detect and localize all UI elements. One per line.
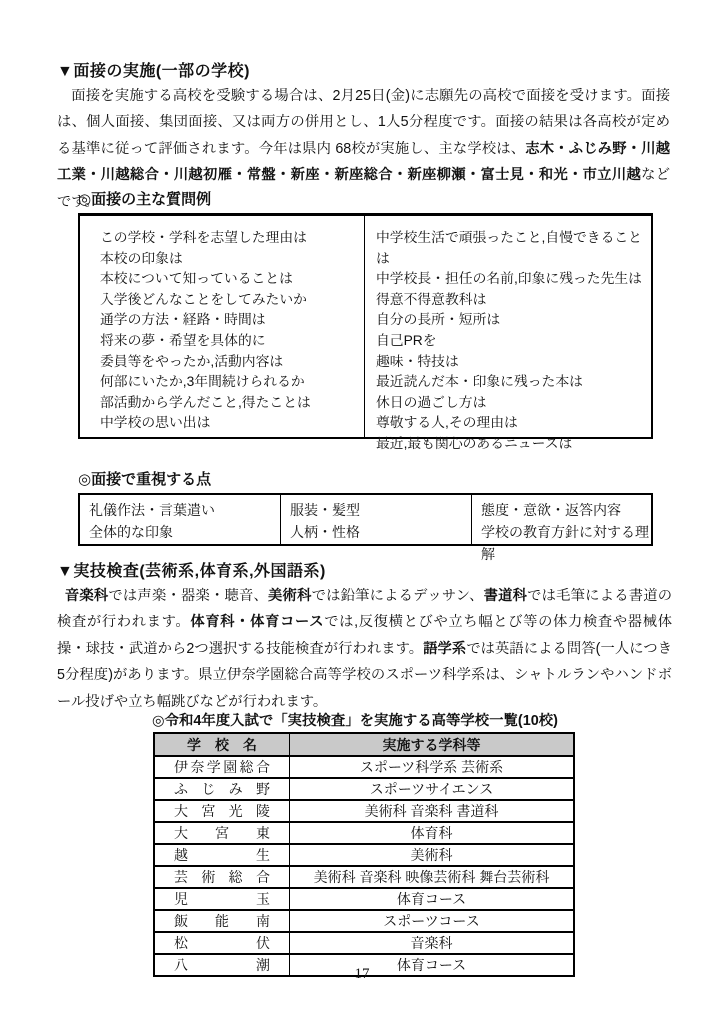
school-name: 伊奈学園総合 — [174, 757, 270, 777]
school-name: ふじみ野 — [174, 779, 270, 799]
departments-cell: 美術科 — [290, 844, 575, 866]
school-name-cell: 伊奈学園総合 — [154, 756, 290, 778]
school-table-body: 伊奈学園総合スポーツ科学系 芸術系ふじみ野スポーツサイエンス大宮光陵美術科 音楽… — [154, 756, 574, 976]
school-row: 松伏音楽科 — [154, 932, 574, 954]
points-column-1: 礼儀作法・言葉遣い 全体的な印象 — [80, 495, 280, 544]
question-item: この学校・学科を志望した理由は — [100, 228, 364, 249]
bold-text-run: 音楽科 — [65, 588, 109, 604]
departments-cell: 体育科 — [290, 822, 575, 844]
practical-intro-paragraph: 音楽科では声楽・器楽・聴音、美術科では鉛筆によるデッサン、書道科では毛筆による書… — [57, 583, 672, 715]
school-name: 大宮光陵 — [174, 801, 270, 821]
question-item: 自分の長所・短所は — [376, 310, 651, 331]
school-name-cell: 大宮光陵 — [154, 800, 290, 822]
school-name: 芸術総合 — [174, 867, 270, 887]
school-name-cell: 飯能南 — [154, 910, 290, 932]
interview-questions-heading: ◎面接の主な質問例 — [78, 192, 653, 215]
question-item: 入学後どんなことをしてみたいか — [100, 290, 364, 311]
text-run: では声楽・器楽・聴音、 — [108, 588, 268, 604]
school-name-cell: 児玉 — [154, 888, 290, 910]
school-row: 児玉体育コース — [154, 888, 574, 910]
school-row: 越生美術科 — [154, 844, 574, 866]
points-item: 服装・髪型 — [290, 499, 471, 521]
school-name-cell: 越生 — [154, 844, 290, 866]
school-name-cell: 芸術総合 — [154, 866, 290, 888]
question-item: 自己PRを — [376, 331, 651, 352]
school-row: 芸術総合美術科 音楽科 映像芸術科 舞台芸術科 — [154, 866, 574, 888]
question-item: 通学の方法・経路・時間は — [100, 310, 364, 331]
interview-section-title: ▼面接の実施(一部の学校) — [57, 58, 250, 81]
points-item: 態度・意欲・返答内容 — [481, 499, 651, 521]
question-item: 委員等をやったか,活動内容は — [100, 352, 364, 373]
points-item: 全体的な印象 — [89, 521, 280, 543]
page-number: 17 — [0, 966, 724, 983]
school-row: 飯能南スポーツコース — [154, 910, 574, 932]
interview-points-heading: ◎面接で重視する点 — [78, 472, 211, 488]
question-item: 中学校の思い出は — [100, 413, 364, 434]
points-item: 学校の教育方針に対する理解 — [481, 521, 651, 565]
school-table-header-row: 学校名 実施する学科等 — [154, 733, 574, 756]
question-item: 将来の夢・希望を具体的に — [100, 331, 364, 352]
school-name-cell: 松伏 — [154, 932, 290, 954]
points-item: 人柄・性格 — [290, 521, 471, 543]
question-item: 尊敬する人,その理由は — [376, 413, 651, 434]
school-name-header: 学校名 — [154, 733, 290, 756]
bold-text-run: 美術科 — [268, 588, 312, 604]
school-name-header-label: 学校名 — [187, 735, 257, 755]
school-name: 越生 — [174, 845, 270, 865]
school-name: 大宮東 — [174, 823, 270, 843]
question-item: 中学校長・担任の名前,印象に残った先生は — [376, 269, 651, 290]
question-item: 休日の過ごし方は — [376, 393, 651, 414]
interview-points-table: 礼儀作法・言葉遣い 全体的な印象 服装・髪型 人柄・性格 態度・意欲・返答内容 … — [78, 493, 653, 546]
interview-questions-box: この学校・学科を志望した理由は本校の印象は本校について知っていることは入学後どん… — [78, 214, 653, 439]
question-item: 何部にいたか,3年間続けられるか — [100, 372, 364, 393]
school-name-cell: 大宮東 — [154, 822, 290, 844]
school-row: 大宮光陵美術科 音楽科 書道科 — [154, 800, 574, 822]
practical-section-title: ▼実技検査(芸術系,体育系,外国語系) — [57, 558, 326, 581]
school-row: 伊奈学園総合スポーツ科学系 芸術系 — [154, 756, 574, 778]
question-item: 部活動から学んだこと,得たことは — [100, 393, 364, 414]
departments-cell: 美術科 音楽科 映像芸術科 舞台芸術科 — [290, 866, 575, 888]
practical-schools-table: 学校名 実施する学科等 伊奈学園総合スポーツ科学系 芸術系ふじみ野スポーツサイエ… — [153, 732, 575, 977]
departments-cell: スポーツコース — [290, 910, 575, 932]
points-item: 礼儀作法・言葉遣い — [89, 499, 280, 521]
departments-cell: スポーツサイエンス — [290, 778, 575, 800]
question-item: 趣味・特技は — [376, 352, 651, 373]
departments-cell: スポーツ科学系 芸術系 — [290, 756, 575, 778]
school-table-head: 学校名 実施する学科等 — [154, 733, 574, 756]
question-item: 本校について知っていることは — [100, 269, 364, 290]
school-name: 児玉 — [174, 889, 270, 909]
points-column-3: 態度・意欲・返答内容 学校の教育方針に対する理解 — [471, 495, 651, 544]
document-page: ▼面接の実施(一部の学校) 面接を実施する高校を受験する場合は、2月25日(金)… — [0, 0, 724, 1024]
bold-text-run: 体育科・体育コース — [190, 614, 324, 630]
question-item: 最近読んだ本・印象に残った本は — [376, 372, 651, 393]
practical-table-title: ◎令和4年度入試で「実技検査」を実施する高等学校一覧(10校) — [152, 709, 558, 730]
question-item: 最近,最も関心のあるニュースは — [376, 434, 651, 455]
departments-cell: 体育コース — [290, 888, 575, 910]
bold-text-run: 書道科 — [484, 588, 528, 604]
departments-cell: 音楽科 — [290, 932, 575, 954]
question-item: 得意不得意教科は — [376, 290, 651, 311]
question-item: 本校の印象は — [100, 249, 364, 270]
departments-cell: 美術科 音楽科 書道科 — [290, 800, 575, 822]
question-item: 中学校生活で頑張ったこと,自慢できることは — [376, 228, 651, 269]
points-column-2: 服装・髪型 人柄・性格 — [280, 495, 471, 544]
school-row: ふじみ野スポーツサイエンス — [154, 778, 574, 800]
departments-header: 実施する学科等 — [290, 733, 575, 756]
interview-questions-right-list: 中学校生活で頑張ったこと,自慢できることは中学校長・担任の名前,印象に残った先生… — [364, 216, 651, 437]
interview-questions-left-list: この学校・学科を志望した理由は本校の印象は本校について知っていることは入学後どん… — [80, 216, 364, 437]
school-name: 松伏 — [174, 933, 270, 953]
school-row: 大宮東体育科 — [154, 822, 574, 844]
text-run: では鉛筆によるデッサン、 — [312, 588, 484, 604]
bold-text-run: 語学系 — [423, 641, 466, 657]
school-name: 飯能南 — [174, 911, 270, 931]
school-name-cell: ふじみ野 — [154, 778, 290, 800]
